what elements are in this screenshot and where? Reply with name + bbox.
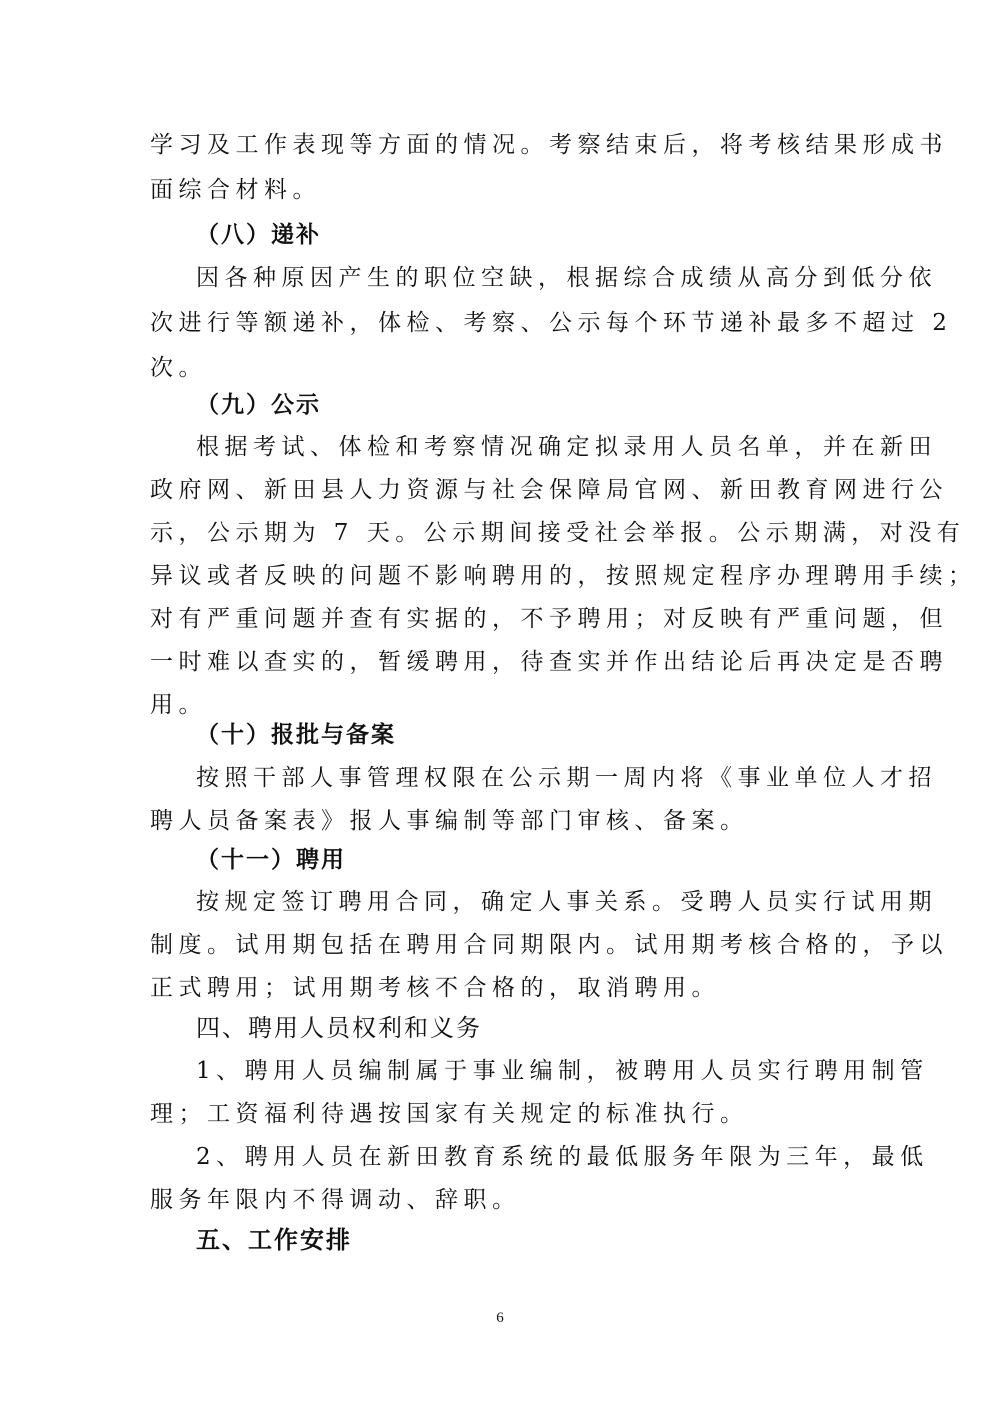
text-line: 按规定签订聘用合同，确定人事关系。受聘人员实行试用期: [196, 887, 860, 917]
page-number: 6: [0, 1310, 1000, 1327]
text-line: 次进行等额递补，体检、考察、公示每个环节递补最多不超过 2: [150, 308, 860, 338]
text-line: 按照干部人事管理权限在公示期一周内将《事业单位人才招: [196, 763, 860, 793]
text-line: 2、聘用人员在新田教育系统的最低服务年限为三年，最低: [196, 1142, 860, 1172]
text-line: 次。: [150, 353, 860, 383]
text-line: 服务年限内不得调动、辞职。: [150, 1185, 860, 1215]
text-line: 面综合材料。: [150, 175, 860, 205]
section-heading-employment: （十一）聘用: [196, 845, 346, 875]
text-line: 理；工资福利待遇按国家有关规定的标准执行。: [150, 1099, 860, 1129]
text-line: 学习及工作表现等方面的情况。考察结束后，将考核结果形成书: [150, 130, 860, 160]
chapter-heading-rights-duties: 四、聘用人员权利和义务: [196, 1013, 482, 1043]
section-heading-replacement: （八）递补: [196, 220, 321, 250]
text-line: 用。: [150, 690, 860, 720]
text-line: 因各种原因产生的职位空缺，根据综合成绩从高分到低分依: [196, 263, 860, 293]
text-line: 制度。试用期包括在聘用合同期限内。试用期考核合格的，予以: [150, 930, 860, 960]
text-line: 根据考试、体检和考察情况确定拟录用人员名单，并在新田: [196, 432, 860, 462]
section-heading-publicity: （九）公示: [196, 390, 321, 420]
text-line: 政府网、新田县人力资源与社会保障局官网、新田教育网进行公: [150, 475, 860, 505]
section-heading-approval-filing: （十）报批与备案: [196, 720, 396, 750]
text-line: 聘人员备案表》报人事编制等部门审核、备案。: [150, 806, 860, 836]
text-line: 示，公示期为 7 天。公示期间接受社会举报。公示期满，对没有: [150, 518, 860, 548]
chapter-heading-work-arrangement: 五、工作安排: [196, 1225, 352, 1255]
text-line: 1、聘用人员编制属于事业编制，被聘用人员实行聘用制管: [196, 1056, 860, 1086]
text-line: 对有严重问题并查有实据的，不予聘用；对反映有严重问题，但: [150, 604, 860, 634]
document-page: 学习及工作表现等方面的情况。考察结束后，将考核结果形成书 面综合材料。 （八）递…: [0, 0, 1000, 1415]
text-line: 一时难以查实的，暂缓聘用，待查实并作出结论后再决定是否聘: [150, 647, 860, 677]
text-line: 异议或者反映的问题不影响聘用的，按照规定程序办理聘用手续；: [150, 561, 860, 591]
text-line: 正式聘用；试用期考核不合格的，取消聘用。: [150, 973, 860, 1003]
